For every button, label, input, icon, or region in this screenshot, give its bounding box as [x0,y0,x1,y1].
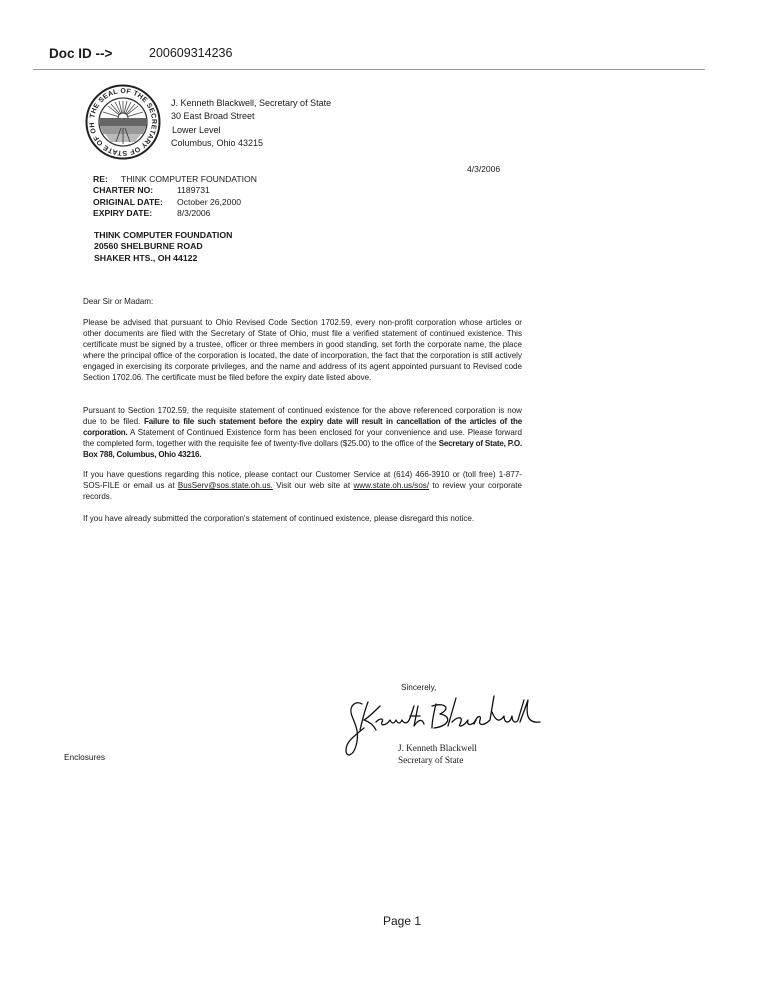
email-link[interactable]: BusServ@sos.state.oh.us. [178,481,273,490]
doc-id-value: 200609314236 [149,46,232,60]
paragraph-contact: If you have questions regarding this not… [83,470,522,503]
addressee-city: SHAKER HTS., OH 44122 [94,253,232,264]
letter-date: 4/3/2006 [467,164,500,174]
signer-name: J. Kenneth Blackwell [398,742,477,754]
expiry-date-value: 8/3/2006 [177,208,210,219]
sender-city: Columbus, Ohio 43215 [171,137,331,150]
original-date-row: ORIGINAL DATE: October 26,2000 [93,197,257,208]
ohio-seal-icon: THE SEAL OF THE SECRETARY OF STATE OF OH… [85,84,161,160]
original-date-value: October 26,2000 [177,197,241,208]
signer-title: Secretary of State [398,754,477,766]
charter-row: CHARTER NO: 1189731 [93,185,257,196]
original-date-label: ORIGINAL DATE: [93,197,177,208]
sender-street: 30 East Broad Street [171,110,331,123]
salutation: Dear Sir or Madam: [83,297,522,308]
paragraph-contact-text-2: Visit our web site at [273,481,354,490]
website-link[interactable]: www.state.oh.us/sos/ [353,481,429,490]
addressee-block: THINK COMPUTER FOUNDATION 20560 SHELBURN… [94,230,232,264]
reference-block: RE: THINK COMPUTER FOUNDATION CHARTER NO… [93,174,257,219]
addressee-name: THINK COMPUTER FOUNDATION [94,230,232,241]
sender-suite: Lower Level [171,124,331,137]
doc-id-label: Doc ID --> [49,46,112,61]
paragraph-due: Pursuant to Section 1702.59, the requisi… [83,406,522,461]
signer-block: J. Kenneth Blackwell Secretary of State [398,742,477,766]
charter-label: CHARTER NO: [93,185,177,196]
re-row: RE: THINK COMPUTER FOUNDATION [93,174,257,185]
paragraph-notice: Please be advised that pursuant to Ohio … [83,318,522,383]
closing-sincerely: Sincerely, [401,683,436,692]
sender-name-title: J. Kenneth Blackwell, Secretary of State [171,97,331,110]
addressee-street: 20560 SHELBURNE ROAD [94,241,232,252]
expiry-date-label: EXPIRY DATE: [93,208,177,219]
header-divider [33,69,705,70]
re-label: RE: [93,174,113,185]
page-number: Page 1 [383,914,421,928]
expiry-date-row: EXPIRY DATE: 8/3/2006 [93,208,257,219]
charter-value: 1189731 [177,185,210,196]
enclosures-note: Enclosures [64,752,105,762]
paragraph-disregard: If you have already submitted the corpor… [83,514,522,525]
sender-address: J. Kenneth Blackwell, Secretary of State… [171,97,331,150]
re-value: THINK COMPUTER FOUNDATION [121,174,257,185]
